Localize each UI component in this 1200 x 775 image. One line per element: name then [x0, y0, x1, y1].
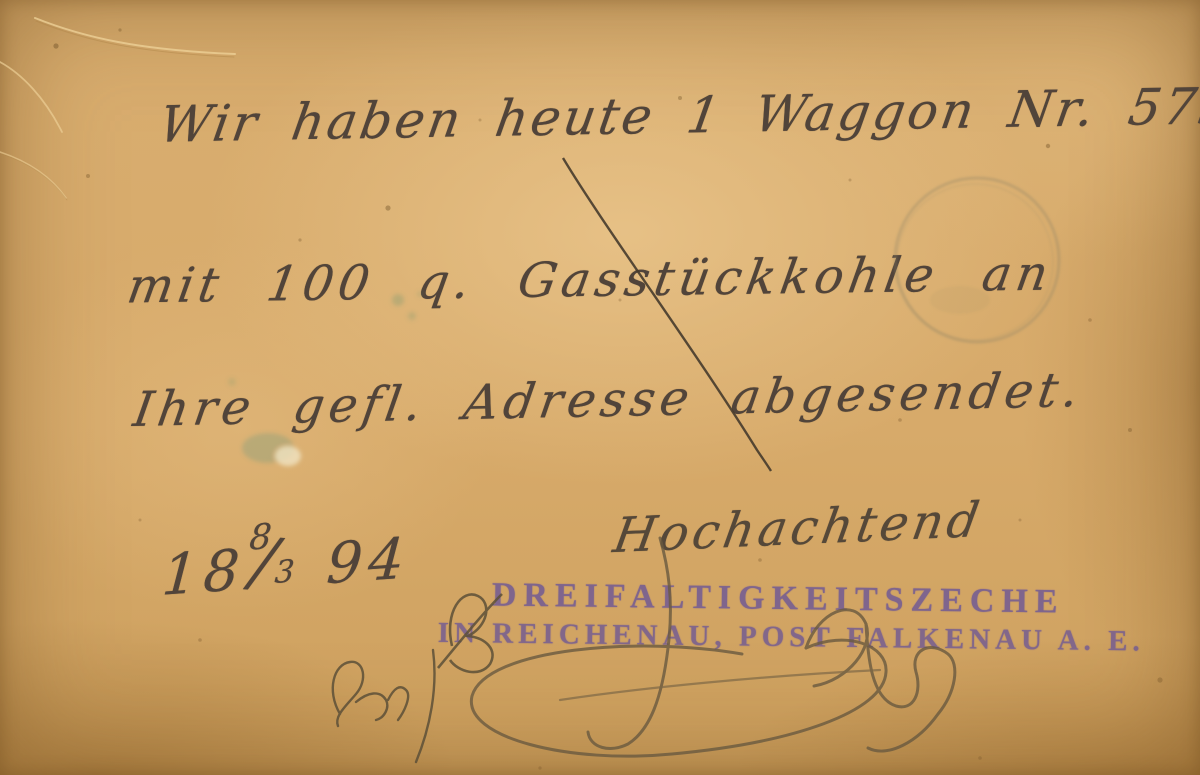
company-rubber-stamp: DREIFALTIGKEITSZECHE IN REICHENAU, POST … [438, 576, 1119, 658]
stamp-line-1: DREIFALTIGKEITSZECHE [438, 576, 1118, 622]
message-line-3: Ihre gefl. Adresse abgesendet. [130, 362, 1088, 438]
date-month: 3 [274, 553, 302, 591]
message-line-1: Wir haben heute 1 Waggon Nr. 5796 [155, 76, 1200, 154]
date-fraction: 8/3 [244, 531, 306, 595]
date-year: 94 [325, 526, 413, 597]
stamp-line-2: IN REICHENAU, POST FALKENAU A. E. [438, 617, 1118, 658]
date: 188/3 94 [160, 523, 413, 609]
postcard: Wir haben heute 1 Waggon Nr. 5796 mit 10… [0, 0, 1200, 775]
closing-hochachtend: Hochachtend [609, 492, 986, 565]
date-century: 18 [160, 538, 248, 609]
pencil-scrawl-mark [333, 650, 435, 762]
message-line-2: mit 100 q. Gasstückkohle an [123, 245, 1056, 314]
